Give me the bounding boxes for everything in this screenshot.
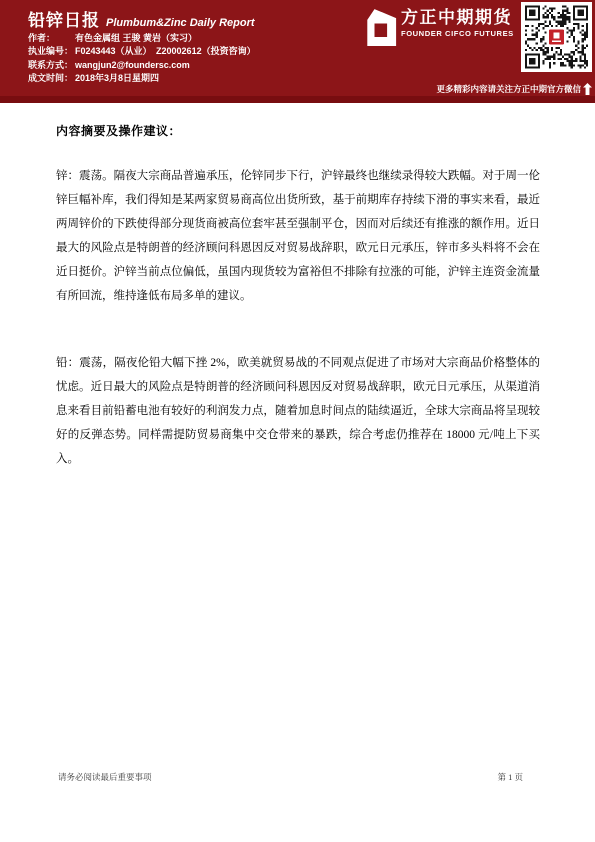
contact-row: 联系方式：wangjun2@foundersc.com: [28, 59, 256, 72]
header-divider: [0, 96, 595, 103]
license-row: 执业编号：F0243443（从业） Z20002612（投资咨询）: [28, 45, 256, 58]
wechat-follow-note: 更多精彩内容请关注方正中期官方微信: [436, 83, 592, 95]
author-label: 作者：: [28, 32, 75, 45]
author-value: 有色金属组 王骏 黄岩（实习）: [75, 33, 197, 43]
report-title-en: Plumbum&Zinc Daily Report: [106, 17, 255, 29]
report-title: 铅锌日报: [28, 11, 100, 30]
date-row: 成文时间：2018年3月8日星期四: [28, 72, 256, 85]
brand-name-en: FOUNDER CIFCO FUTURES: [401, 29, 514, 38]
contact-label: 联系方式：: [28, 59, 75, 72]
author-row: 作者：有色金属组 王骏 黄岩（实习）: [28, 32, 256, 45]
brand-name-cn: 方正中期期货: [401, 8, 514, 27]
zinc-paragraph: 锌：震荡。隔夜大宗商品普遍承压，伦锌同步下行，沪锌最终也继续录得较大跌幅。对于周…: [56, 164, 540, 308]
author-info-block: 作者：有色金属组 王骏 黄岩（实习） 执业编号：F0243443（从业） Z20…: [28, 32, 256, 86]
report-title-row: 铅锌日报Plumbum&Zinc Daily Report: [28, 6, 255, 31]
date-label: 成文时间：: [28, 72, 75, 85]
contact-email: wangjun2@foundersc.com: [75, 60, 190, 70]
brand-logo: 方正中期期货 FOUNDER CIFCO FUTURES: [361, 8, 514, 48]
up-arrow-icon: [583, 83, 592, 95]
wechat-qr-code: [521, 2, 592, 72]
license-label: 执业编号：: [28, 45, 75, 58]
brand-text: 方正中期期货 FOUNDER CIFCO FUTURES: [401, 8, 514, 38]
page-footer: 请务必阅读最后重要事项 第 1 页: [58, 771, 523, 783]
report-page: 铅锌日报Plumbum&Zinc Daily Report 作者：有色金属组 王…: [0, 0, 595, 842]
report-date: 2018年3月8日星期四: [75, 73, 159, 83]
lead-paragraph: 铅：震荡，隔夜伦铅大幅下挫 2%，欧美就贸易战的不同观点促进了市场对大宗商品价格…: [56, 351, 540, 471]
wechat-note-text: 更多精彩内容请关注方正中期官方微信: [436, 83, 581, 95]
footer-disclaimer: 请务必阅读最后重要事项: [58, 771, 152, 783]
founder-logo-icon: [361, 8, 397, 48]
license-value: F0243443（从业） Z20002612（投资咨询）: [75, 46, 256, 56]
page-number: 第 1 页: [497, 771, 523, 783]
summary-heading: 内容摘要及操作建议：: [56, 122, 540, 139]
report-header: 铅锌日报Plumbum&Zinc Daily Report 作者：有色金属组 王…: [0, 0, 595, 96]
report-body: 内容摘要及操作建议： 锌：震荡。隔夜大宗商品普遍承压，伦锌同步下行，沪锌最终也继…: [56, 122, 540, 471]
